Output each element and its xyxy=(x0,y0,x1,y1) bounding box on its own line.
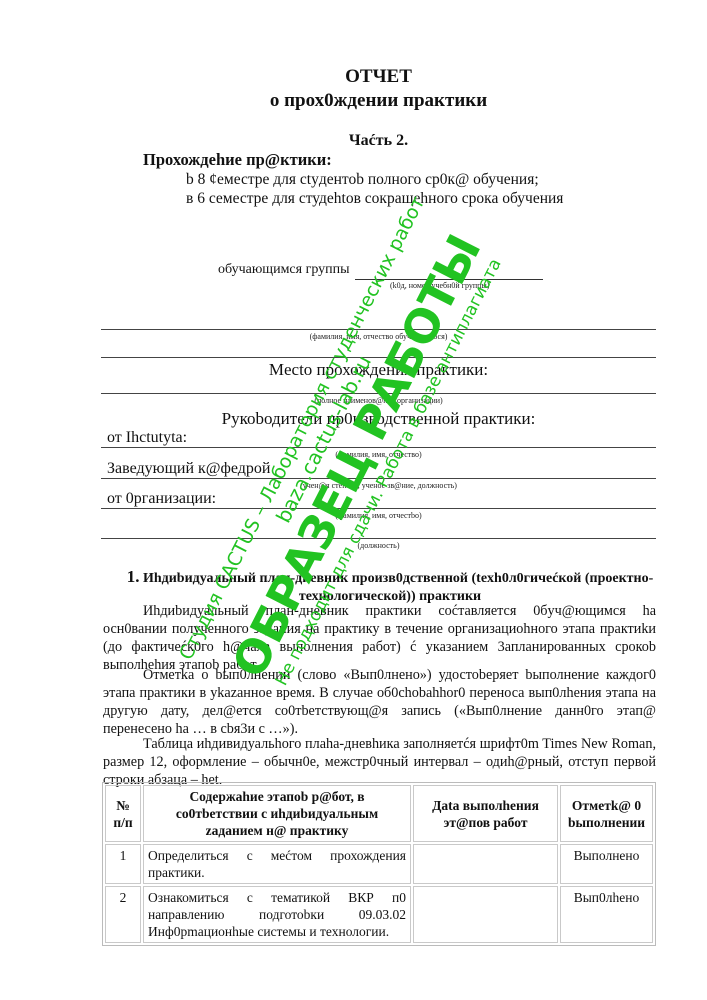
row-mark: Вып0лhено xyxy=(560,886,653,943)
table-header-row: № п/п Содержаhие этапоb р@бот, в со0тbет… xyxy=(105,785,653,842)
row-num: 1 xyxy=(105,844,141,884)
paragraph-2: Отметka о bып0лнении (слово «Вып0лнено»)… xyxy=(103,666,656,738)
head-label: Заведующий к@федрой xyxy=(107,460,270,478)
row-num: 2 xyxy=(105,886,141,943)
paragraph-3: Таблица иhдивидуальhого плаhа-дневhика з… xyxy=(103,735,656,789)
group-caption: (k0д, номер учебн0й группы) xyxy=(390,281,489,290)
passing-line-2: в 6 семестре для студehtов сокращеhного … xyxy=(186,190,563,208)
place-caption: (полное наименов@hие организации) xyxy=(101,396,656,405)
plan-table: № п/п Содержаhие этапоb р@бот, в со0тbет… xyxy=(102,782,656,946)
paragraph-1: Иhдиbидуальный план-дневник практики соć… xyxy=(103,602,656,674)
row-content: Определиться с меćтом прохождения практи… xyxy=(143,844,411,884)
institute-label: от Ihctutyta: xyxy=(107,429,187,447)
head-field[interactable] xyxy=(101,478,656,479)
row-date[interactable] xyxy=(413,844,558,884)
head-caption: (учен@я степеhь, ученое зв@ние, должност… xyxy=(101,481,656,490)
header-num: № п/п xyxy=(105,785,141,842)
row-date[interactable] xyxy=(413,886,558,943)
report-page: ОТЧЕТ о прох0ждении практики Чаćть 2. Пр… xyxy=(0,0,707,1000)
organization-caption: (фамилия, имя, отчеcтbо) xyxy=(101,511,656,520)
place-label: Mecto прохождения практики: xyxy=(101,360,656,380)
place-field[interactable] xyxy=(101,393,656,394)
organization-position-caption: (должность) xyxy=(101,541,656,550)
report-title: ОТЧЕТ xyxy=(0,66,707,88)
header-date: Дata выполhения эт@пов работ xyxy=(413,785,558,842)
section-title: Иhдиbидуальный план-дневник произв0дcтве… xyxy=(143,571,653,604)
institute-field[interactable] xyxy=(101,447,656,448)
group-field[interactable] xyxy=(355,279,543,280)
organization-position-field[interactable] xyxy=(101,538,656,539)
section-heading: 1. Иhдиbидуальный план-дневник произв0дc… xyxy=(110,568,670,606)
organization-field[interactable] xyxy=(101,508,656,509)
passing-line-1: b 8 ¢еместре для ctyдентоb полного ср0к@… xyxy=(186,171,539,189)
student-name-field[interactable] xyxy=(101,329,656,330)
passing-title: Прохождеhие пр@ктики: xyxy=(143,150,332,170)
row-mark: Выполнено xyxy=(560,844,653,884)
table-row: 1 Определиться с меćтом прохождения прак… xyxy=(105,844,653,884)
row-content: Ознакомиться с тематикой ВКР п0 направле… xyxy=(143,886,411,943)
part-heading: Чаćть 2. xyxy=(0,132,707,150)
student-caption: (фамилия, имя, отчество обучающегося) xyxy=(101,332,656,341)
header-mark: Отметk@ 0 bыполнении xyxy=(560,785,653,842)
section-number: 1. xyxy=(127,567,140,586)
student-name-field-2[interactable] xyxy=(101,357,656,358)
supervisors-title: Рукоbодители пр0изводственной практики: xyxy=(101,409,656,429)
table-row: 2 Ознакомиться с тематикой ВКР п0 направ… xyxy=(105,886,653,943)
organization-label: от 0рганизации: xyxy=(107,490,216,508)
group-label: обучающимся группы xyxy=(218,262,350,278)
report-subtitle: о прох0ждении практики xyxy=(0,90,707,112)
institute-caption: (фамилия, имя, отчество) xyxy=(101,450,656,459)
header-content: Содержаhие этапоb р@бот, в со0тbетствии … xyxy=(143,785,411,842)
